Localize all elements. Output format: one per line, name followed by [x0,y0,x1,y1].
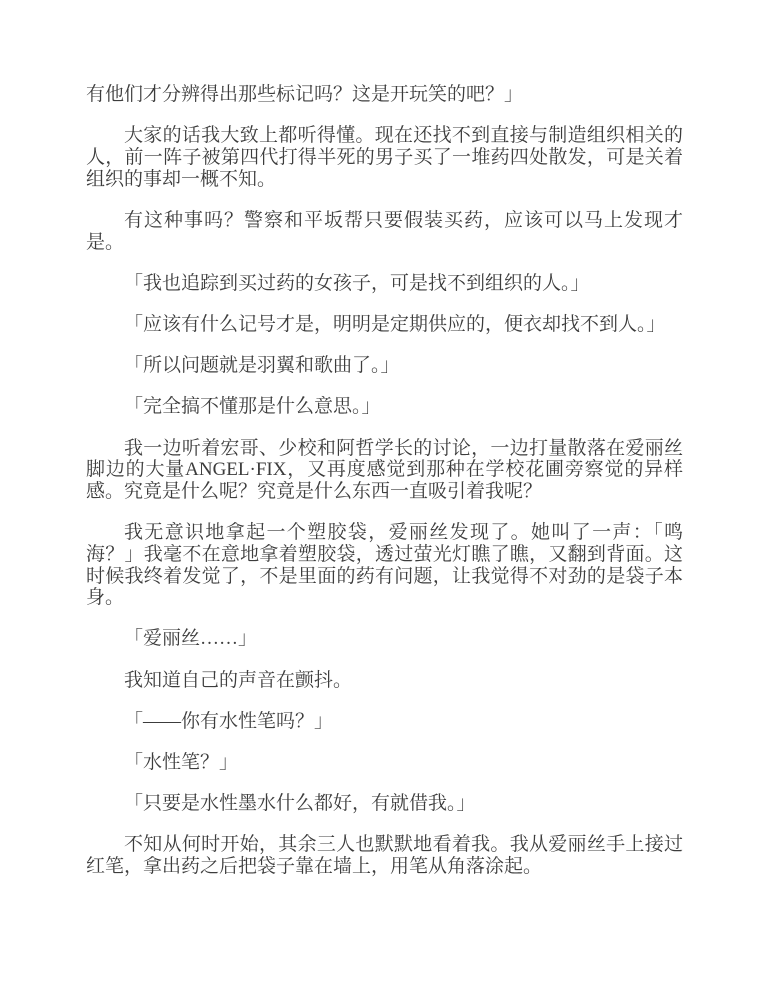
paragraph: 有他们才分辨得出那些标记吗？这是开玩笑的吧？」 [86,84,683,106]
paragraph: 「水性笔？」 [86,752,683,774]
paragraph: 有这种事吗？警察和平坂帮只要假装买药，应该可以马上发现才是。 [86,210,683,253]
paragraph: 「爱丽丝……」 [86,628,683,650]
paragraph: 大家的话我大致上都听得懂。现在还找不到直接与制造组织相关的人，前一阵子被第四代打… [86,125,683,190]
paragraph: 我知道自己的声音在颤抖。 [86,670,683,692]
paragraph: 「只要是水性墨水什么都好，有就借我。」 [86,793,683,815]
paragraph: 我一边听着宏哥、少校和阿哲学长的讨论，一边打量散落在爱丽丝脚边的大量ANGEL·… [86,438,683,503]
paragraph: 「完全搞不懂那是什么意思。」 [86,396,683,418]
paragraph: 不知从何时开始，其余三人也默默地看着我。我从爱丽丝手上接过红笔，拿出药之后把袋子… [86,834,683,877]
paragraph: 「应该有什么记号才是，明明是定期供应的，便衣却找不到人。」 [86,314,683,336]
document-page: 有他们才分辨得出那些标记吗？这是开玩笑的吧？」 大家的话我大致上都听得懂。现在还… [0,0,765,990]
paragraph: 「——你有水性笔吗？」 [86,711,683,733]
paragraph: 我无意识地拿起一个塑胶袋，爱丽丝发现了。她叫了一声：「鸣海？」我毫不在意地拿着塑… [86,522,683,609]
paragraph: 「所以问题就是羽翼和歌曲了。」 [86,355,683,377]
text-block: 有他们才分辨得出那些标记吗？这是开玩笑的吧？」 大家的话我大致上都听得懂。现在还… [86,84,683,897]
paragraph: 「我也追踪到买过药的女孩子，可是找不到组织的人。」 [86,273,683,295]
